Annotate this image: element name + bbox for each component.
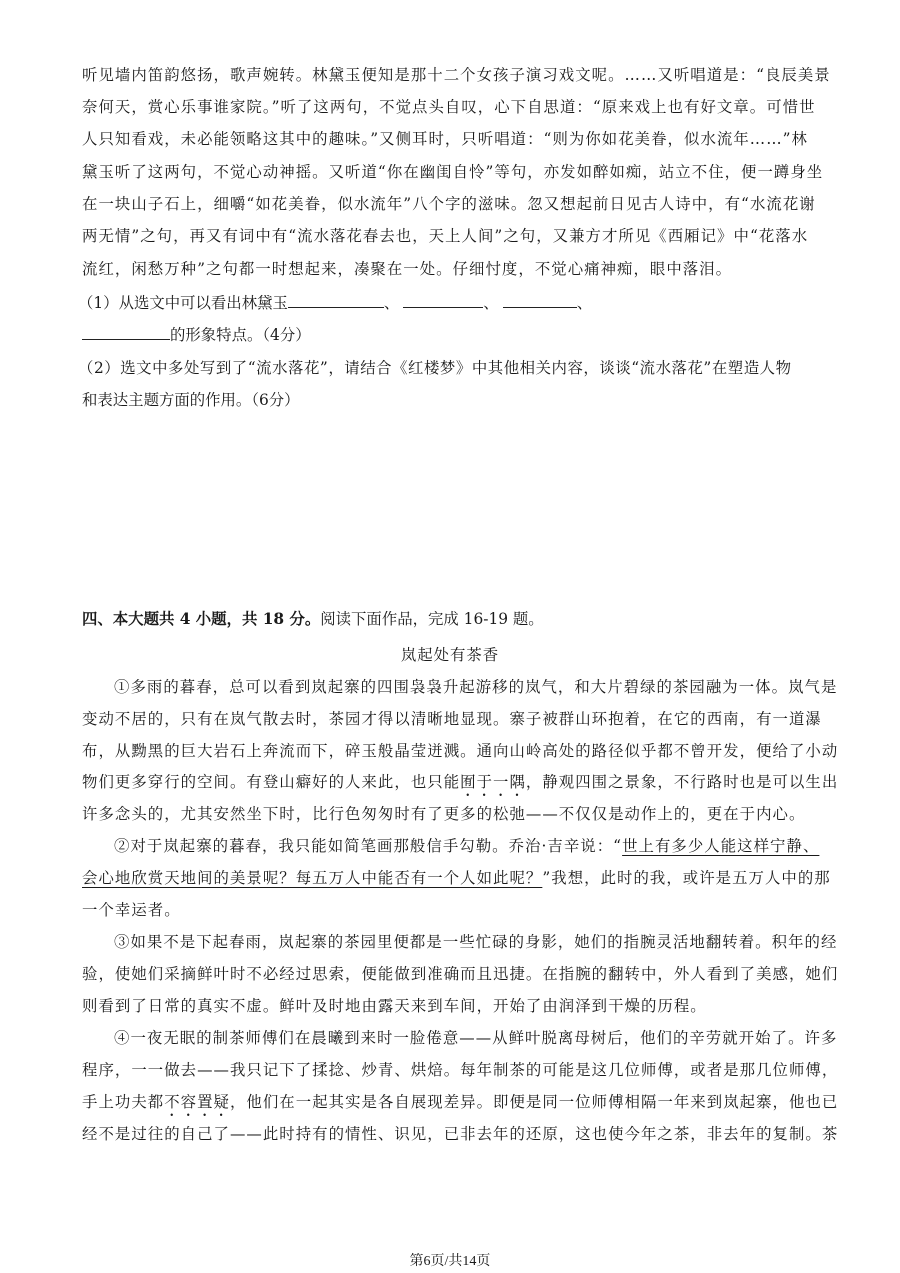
underlined-quote: 会心地欣赏天地间的美景呢？每五万人中能否有一个人如此呢？ (82, 869, 542, 887)
answer-blank-3[interactable] (503, 293, 577, 308)
paragraph-1-line: ①多雨的暮春，总可以看到岚起寨的四围袅袅升起游移的岚气，和大片碧绿的茶园融为一体… (114, 677, 818, 697)
emphasized-phrase: 囿于一隅 (460, 773, 526, 791)
underlined-quote: 世上有多少人能这样宁静、 (622, 837, 819, 855)
text: 物们更多穿行的空间。有登山癖好的人来此，也只能 (82, 773, 460, 791)
passage-line: 听见墙内笛韵悠扬，歌声婉转。林黛玉便知是那十二个女孩子演习戏文呢。……又听唱道是… (82, 65, 818, 85)
passage-line: 在一块山子石上，细嚼“如花美眷，似水流年”八个字的滋味。忽又想起前日见古人诗中，… (82, 194, 818, 214)
paragraph-1-line: 布，从黝黑的巨大岩石上奔流而下，碎玉般晶莹迸溅。通向山岭高处的路径似乎都不曾开发… (82, 741, 818, 761)
text: 手上功夫都 (82, 1093, 164, 1111)
question-1-suffix: 的形象特点。（4分） (170, 326, 311, 344)
paragraph-4-line: 手上功夫都不容置疑，他们在一起其实是各自展现差异。即便是同一位师傅相隔一年来到岚… (82, 1092, 818, 1120)
emphasized-phrase: 不容置疑 (164, 1093, 230, 1111)
passage-line: 流红，闲愁万种”之句都一时想起来，凑聚在一处。仔细忖度，不觉心痛神痴，眼中落泪。 (82, 259, 818, 279)
section-heading: 四、本大题共 4 小题，共 18 分。阅读下面作品，完成 16-19 题。 (82, 609, 818, 629)
question-1-prompt: （1）从选文中可以看出林黛玉 (78, 294, 288, 312)
paragraph-1-line: 许多念头的，尤其安然坐下时，比行色匆匆时有了更多的松弛——不仅仅是动作上的，更在… (82, 804, 818, 824)
text: ”我想，此时的我，或许是五万人中的那 (542, 869, 830, 887)
text: ②对于岚起寨的暮春，我只能如简笔画那般信手勾勒。乔治·吉辛说：“ (114, 837, 622, 855)
question-2-line: （2）选文中多处写到了“流水落花”，请结合《红楼梦》中其他相关内容，谈谈“流水落… (78, 358, 814, 378)
paragraph-2-line: 会心地欣赏天地间的美景呢？每五万人中能否有一个人如此呢？”我想，此时的我，或许是… (82, 868, 818, 888)
passage-line: 奈何天，赏心乐事谁家院。”听了这两句，不觉点头自叹，心下自思道：“原来戏上也有好… (82, 97, 818, 117)
answer-area[interactable] (82, 420, 818, 590)
paragraph-1-line: 变动不居的，只有在岚气散去时，茶园才得以清晰地显现。寨子被群山环抱着，在它的西南… (82, 709, 818, 729)
paragraph-2-line: ②对于岚起寨的暮春，我只能如简笔画那般信手勾勒。乔治·吉辛说：“世上有多少人能这… (114, 836, 818, 856)
section-heading-bold: 四、本大题共 4 小题，共 18 分。 (82, 610, 320, 628)
separator: 、 (577, 294, 592, 312)
question-2-line: 和表达主题方面的作用。（6分） (82, 390, 818, 410)
text: ，他们在一起其实是各自展现差异。即便是同一位师傅相隔一年来到岚起寨，他也已 (230, 1093, 838, 1111)
paragraph-3-line: 验，使她们采摘鲜叶时不必经过思索，便能做到准确而且迅捷。在指腕的翻转中，外人看到… (82, 964, 818, 984)
paragraph-2-line: 一个幸运者。 (82, 900, 818, 920)
separator: 、 (384, 294, 399, 312)
paragraph-1-line: 物们更多穿行的空间。有登山癖好的人来此，也只能囿于一隅，静观四围之景象，不行路时… (82, 772, 818, 800)
paragraph-4-line: 经不是过往的自己了——此时持有的情性、识见，已非去年的还原，这也使今年之茶，非去… (82, 1124, 818, 1144)
section-heading-instruction: 阅读下面作品，完成 16-19 题。 (320, 610, 543, 628)
text: ，静观四围之景象，不行路时也是可以生出 (526, 773, 838, 791)
paragraph-3-line: 则看到了日常的真实不虚。鲜叶及时地由露天来到车间，开始了由润泽到干燥的历程。 (82, 996, 818, 1016)
passage-line: 人只知看戏，未必能领略这其中的趣味。”又侧耳时，只听唱道：“则为你如花美眷，似水… (82, 129, 818, 149)
paragraph-4-line: ④一夜无眠的制茶师傅们在晨曦到来时一脸倦意——从鲜叶脱离母树后，他们的辛劳就开始… (114, 1028, 818, 1048)
answer-blank-1[interactable] (288, 293, 384, 308)
page-number: 第6页/共14页 (0, 1250, 900, 1270)
paragraph-4-line: 程序，一一做去——我只记下了揉捻、炒青、烘焙。每年制茶的可能是这几位师傅，或者是… (82, 1060, 818, 1080)
separator: 、 (483, 294, 498, 312)
passage-line: 两无情”之句，再又有词中有“流水落花春去也，天上人间”之句，又兼方才所见《西厢记… (82, 226, 818, 246)
answer-blank-2[interactable] (403, 293, 483, 308)
passage-line: 黛玉听了这两句，不觉心动神摇。又听道“你在幽闺自怜”等句，亦发如醉如痴，站立不住… (82, 162, 818, 182)
paragraph-3-line: ③如果不是下起春雨，岚起寨的茶园里便都是一些忙碌的身影，她们的指腕灵活地翻转着。… (114, 932, 818, 952)
article-title: 岚起处有茶香 (0, 643, 900, 665)
answer-blank-4[interactable] (82, 325, 170, 340)
